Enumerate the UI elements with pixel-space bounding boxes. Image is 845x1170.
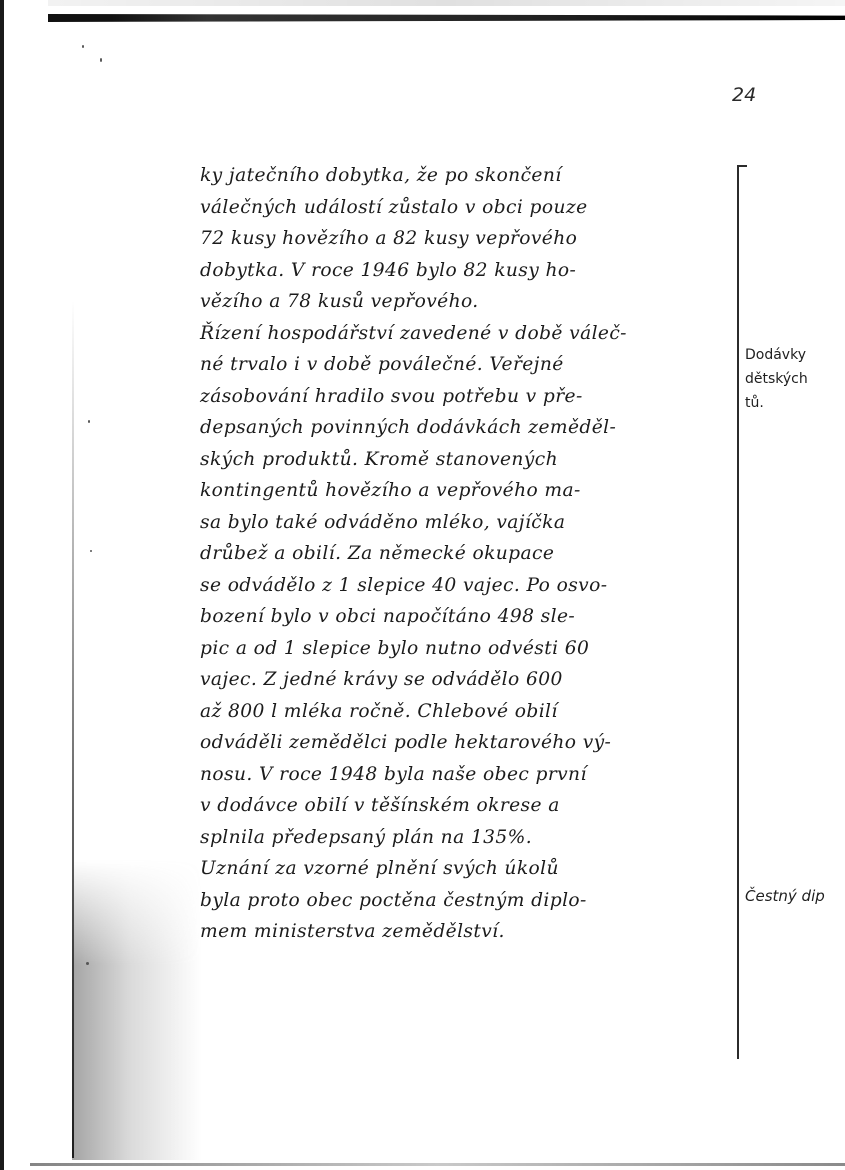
text-line: ských produktů. Kromě stanovených	[200, 444, 730, 476]
speck	[88, 420, 90, 423]
page-number: 24	[732, 84, 756, 106]
speck	[100, 58, 102, 62]
text-line: vajec. Z jedné krávy se odvádělo 600	[200, 664, 730, 696]
text-line: sa bylo také odváděno mléko, vajíčka	[200, 507, 730, 539]
text-line: Uznání za vzorné plnění svých úkolů	[200, 853, 730, 885]
speck	[86, 962, 89, 965]
speck	[82, 45, 84, 48]
scan-top-shadow	[48, 0, 845, 6]
margin-note-line: tů.	[745, 391, 808, 415]
text-line: pic a od 1 slepice bylo nutno odvésti 60	[200, 633, 730, 665]
text-line: depsaných povinných dodávkách zeměděl-	[200, 412, 730, 444]
text-line: mem ministerstva zemědělství.	[200, 916, 730, 948]
text-line: odváděli zemědělci podle hektarového vý-	[200, 727, 730, 759]
text-line: válečných událostí zůstalo v obci pouze	[200, 192, 730, 224]
text-line: se odvádělo z 1 slepice 40 vajec. Po osv…	[200, 570, 730, 602]
text-line: kontingentů hovězího a vepřového ma-	[200, 475, 730, 507]
text-line: zásobování hradilo svou potřebu v pře-	[200, 381, 730, 413]
text-line: až 800 l mléka ročně. Chlebové obilí	[200, 696, 730, 728]
margin-note-deliveries: Dodávky dětských tů.	[745, 343, 808, 415]
text-line: bození bylo v obci napočítáno 498 sle-	[200, 601, 730, 633]
speck	[90, 550, 92, 552]
margin-rule	[737, 166, 739, 1059]
scan-page-edge	[72, 300, 74, 1158]
text-line: vězího a 78 kusů vepřového.	[200, 286, 730, 318]
text-line: Řízení hospodářství zavedené v době vále…	[200, 318, 730, 350]
scan-shadow	[72, 860, 202, 1160]
text-line: nosu. V roce 1948 byla naše obec první	[200, 759, 730, 791]
text-line: drůbež a obilí. Za německé okupace	[200, 538, 730, 570]
text-line: né trvalo i v době poválečné. Veřejné	[200, 349, 730, 381]
scan-bottom-border	[30, 1163, 845, 1166]
handwritten-body: ky jatečního dobytka, že po skončení vál…	[200, 160, 740, 948]
text-line: 72 kusy hovězího a 82 kusy vepřového	[200, 223, 730, 255]
text-line: v dodávce obilí v těšínském okrese a	[200, 790, 730, 822]
text-line: ky jatečního dobytka, že po skončení	[200, 160, 730, 192]
scan-left-edge	[0, 0, 4, 1170]
text-line: byla proto obec poctěna čestným diplo-	[200, 885, 730, 917]
text-line: splnila předepsaný plán na 135%.	[200, 822, 730, 854]
text-line: dobytka. V roce 1946 bylo 82 kusy ho-	[200, 255, 730, 287]
margin-note-line: Dodávky	[745, 343, 808, 367]
margin-note-diploma: Čestný dip	[745, 884, 825, 908]
scan-top-border	[48, 14, 845, 22]
margin-note-line: dětských	[745, 367, 808, 391]
